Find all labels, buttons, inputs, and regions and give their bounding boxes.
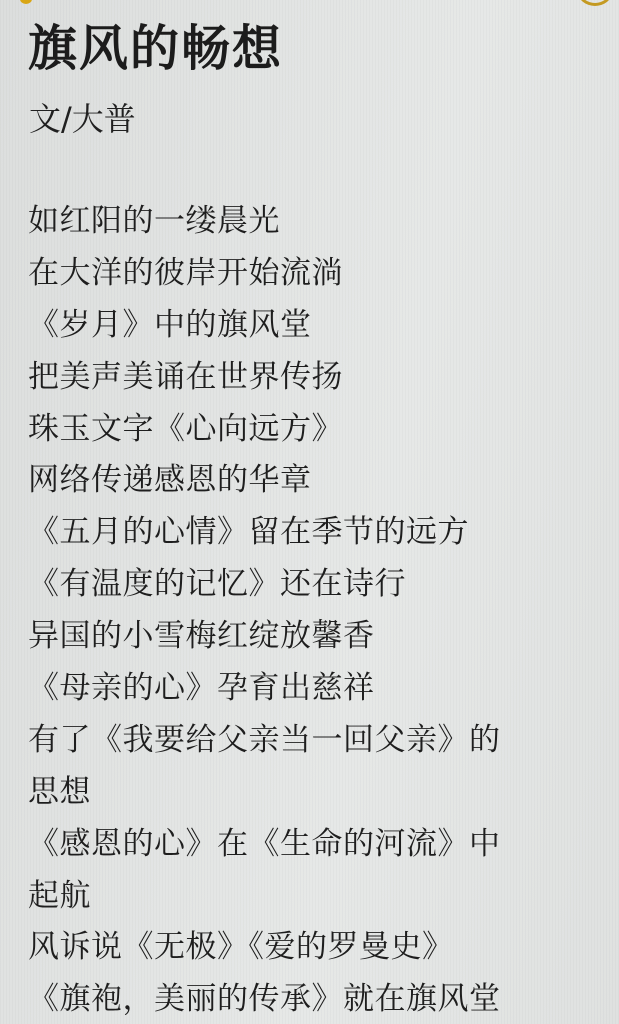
poem-line: 风诉说《无极》《爱的罗曼史》 <box>28 922 608 974</box>
poem-line: 珠玉文字《心向远方》 <box>28 404 608 456</box>
poem-line: 把美声美诵在世界传扬 <box>28 352 608 404</box>
poem-line: 起航 <box>28 871 608 923</box>
poem-line: 有了《我要给父亲当一回父亲》的 <box>28 715 608 767</box>
partial-ring-icon <box>578 0 612 6</box>
poem-line: 《母亲的心》孕育出慈祥 <box>28 663 608 715</box>
poem-line: 《五月的心情》留在季节的远方 <box>28 507 608 559</box>
poem-line: 《感恩的心》在《生命的河流》中 <box>28 819 608 871</box>
poem-line: 《有温度的记忆》还在诗行 <box>28 559 608 611</box>
poem-body: 如红阳的一缕晨光 在大洋的彼岸开始流淌 《岁月》中的旗风堂 把美声美诵在世界传扬… <box>28 196 608 1024</box>
partial-yellow-icon <box>20 0 32 4</box>
page-title: 旗风的畅想 <box>28 18 283 80</box>
poem-line: 异国的小雪梅红绽放馨香 <box>28 611 608 663</box>
poem-line: 思想 <box>28 767 608 819</box>
poem-line: 如红阳的一缕晨光 <box>28 196 608 248</box>
poem-line: 《旗袍，美丽的传承》就在旗风堂 <box>28 974 608 1024</box>
poem-line: 网络传递感恩的华章 <box>28 455 608 507</box>
poem-line: 在大洋的彼岸开始流淌 <box>28 248 608 300</box>
poem-line: 《岁月》中的旗风堂 <box>28 300 608 352</box>
author-byline: 文/大普 <box>29 98 136 140</box>
